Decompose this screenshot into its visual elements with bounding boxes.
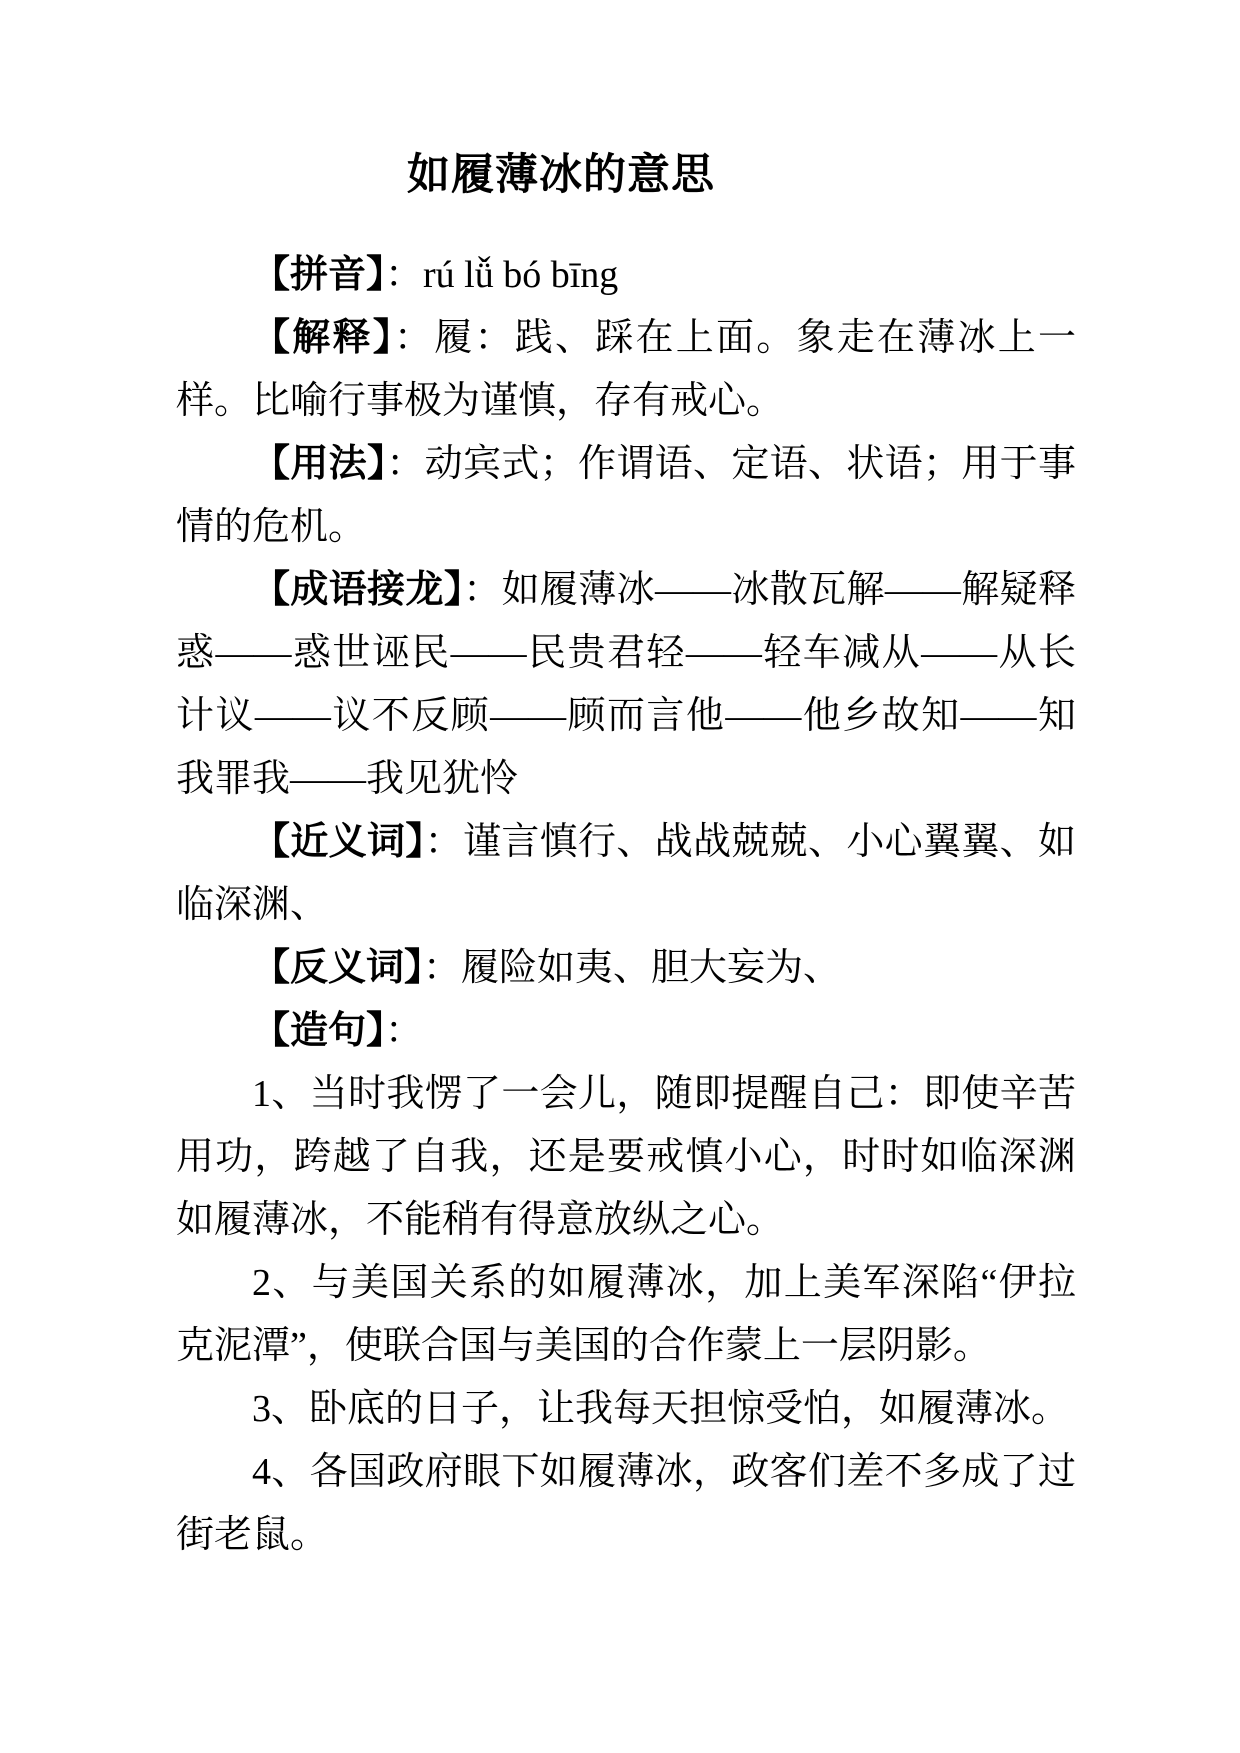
paragraph: 【造句】： [176,1000,1076,1063]
paragraph: 4、各国政府眼下如履薄冰，政客们差不多成了过街老鼠。 [176,1441,1076,1567]
paragraph-text: ：rú lǚ bó bīng [385,254,618,296]
paragraph-label: 【反义词】 [252,947,423,989]
paragraph-label: 【近义词】 [252,821,425,863]
paragraph: 【反义词】：履险如夷、胆大妄为、 [176,937,1076,1000]
paragraph: 【近义词】：谨言慎行、战战兢兢、小心翼翼、如临深渊、 [176,811,1076,937]
paragraph-text: 3、卧底的日子，让我每天担惊受怕，如履薄冰。 [252,1388,1069,1430]
paragraph: 【成语接龙】：如履薄冰——冰散瓦解——解疑释惑——惑世诬民——民贵君轻——轻车减… [176,559,1076,811]
paragraph-text: 2、与美国关系的如履薄冰，加上美军深陷“伊拉克泥潭”，使联合国与美国的合作蒙上一… [176,1262,1076,1367]
paragraph-label: 【造句】 [252,1010,385,1052]
paragraph-text: 1、当时我愣了一会儿，随即提醒自己：即使辛苦用功，跨越了自我，还是要戒慎小心，时… [176,1073,1076,1241]
paragraph: 2、与美国关系的如履薄冰，加上美军深陷“伊拉克泥潭”，使联合国与美国的合作蒙上一… [176,1252,1076,1378]
document-content: 如履薄冰的意思 【拼音】：rú lǚ bó bīng【解释】：履：践、踩在上面。… [176,150,1076,1567]
paragraph-label: 【成语接龙】 [252,569,463,611]
paragraph-text: 4、各国政府眼下如履薄冰，政客们差不多成了过街老鼠。 [176,1451,1076,1556]
paragraph: 【解释】：履：践、踩在上面。象走在薄冰上一样。比喻行事极为谨慎，存有戒心。 [176,307,1076,433]
page-title: 如履薄冰的意思 [176,150,946,202]
paragraph-text: ：履险如夷、胆大妄为、 [423,947,841,989]
paragraph: 【拼音】：rú lǚ bó bīng [176,244,1076,307]
paragraph: 3、卧底的日子，让我每天担惊受怕，如履薄冰。 [176,1378,1076,1441]
paragraph: 【用法】：动宾式；作谓语、定语、状语；用于事情的危机。 [176,433,1076,559]
paragraph-label: 【拼音】 [252,254,385,296]
paragraph: 1、当时我愣了一会儿，随即提醒自己：即使辛苦用功，跨越了自我，还是要戒慎小心，时… [176,1063,1076,1252]
paragraph-label: 【解释】 [252,317,394,359]
document-page: 如履薄冰的意思 【拼音】：rú lǚ bó bīng【解释】：履：践、踩在上面。… [0,0,1240,1753]
paragraph-text: ： [385,1010,423,1052]
document-body: 【拼音】：rú lǚ bó bīng【解释】：履：践、踩在上面。象走在薄冰上一样… [176,244,1076,1567]
paragraph-label: 【用法】 [252,443,386,485]
